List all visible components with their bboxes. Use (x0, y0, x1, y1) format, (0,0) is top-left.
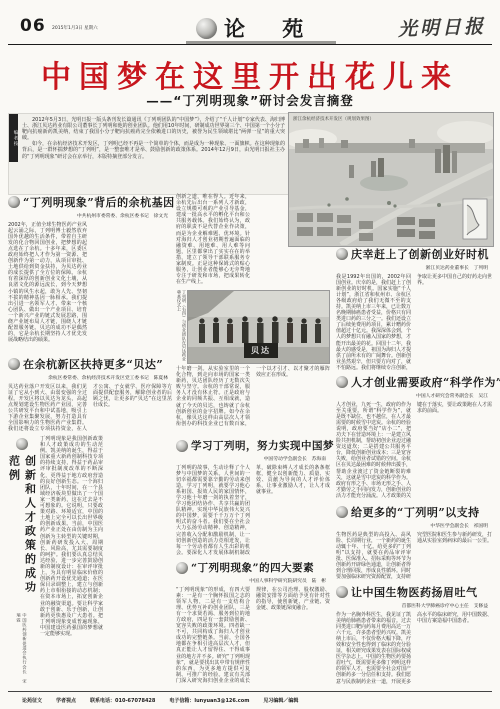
editor-note-paragraph: 如今，在余杭经济技术开发区，丁列明已经不再是一个简单的个体，而是成为一种现象、一… (22, 141, 285, 159)
seal-icon (8, 358, 20, 370)
seal-icon (176, 562, 188, 574)
article-body: 生物医药是典型的高投入、高风险、长周期行业，一个新药的诞生动辄十年、十亿。给更多… (336, 532, 492, 586)
article-body: 十年磨一剑。从实验室里的一个化合物，到走向市场的国家一类新药，贝达团队经历了无数… (176, 366, 330, 434)
article-support-more: 给更多的“丁列明”以支持 中华医学会副会长 祁国明 生物医药是典型的高投入、高风… (336, 504, 492, 586)
article-title: 在余杭新区扶持更多“贝达” (23, 356, 163, 372)
article-yuhang-gene: “丁列明现象”背后的余杭基因 中共杭州市委常委、余杭区委书记 徐文光 2002年… (8, 194, 172, 354)
guangming-daily-logo: 光明日报 (398, 11, 487, 41)
header-rule (8, 44, 492, 45)
article-body: 创新之道，唯在得人。近年来，余杭先后出台一系列人才新政，设立规模可观的产业引导基… (176, 194, 330, 286)
page-number: 06 (20, 16, 46, 36)
article-byline: 浙江贝达药业董事长 丁列明 (336, 262, 492, 271)
article-learn-dinglieming: 学习丁列明，努力实现中国梦 中国劳动学会副会长 苏海南 丁列明的故事，生动诠释了… (176, 438, 330, 561)
article-body: “丁列明现象”的形成，有四大要素：一是有一个胸怀报国之志的领军人物，二是有一支结… (176, 587, 330, 689)
company-sign: 贝达 (244, 343, 278, 358)
article-body: 贝达药业落户开发区以来，我们见证了它从小到大、由弱变强的全过程。开发区将以贝达为… (8, 384, 172, 436)
article-biopharma-pride: 让中国生物医药扬眉吐气 首都医科大学肺癌诊疗中心主任 支修益 作为一名胸外科医生… (336, 584, 492, 690)
sub-headline: ——“丁列明现象”研讨会发言摘登 (0, 91, 500, 109)
article-more-beida: 在余杭新区扶持更多“贝达” 余杭区委常委、余杭经济技术开发区党工委书记 陈夏林 … (8, 356, 172, 436)
article-byline: 中国人事科学研究院研究员 陆 彬 (176, 575, 330, 584)
article-innovation-policy: 创新和人才政策的成功范例 中国医药创新促进会执行会长 宋瑞霖 丁列明现象是我国创… (8, 436, 172, 686)
group-photo: 贝达 (187, 290, 330, 364)
article-body: 作为一名胸外科医生，我见证了凯美纳给肺癌患者带来的福音。过去同类进口靶向药每月费… (336, 612, 492, 690)
article-four-elements: “丁列明现象”的四大要素 中国人事科学研究院研究员 陆 彬 “丁列明现象”的形成… (176, 560, 330, 689)
footer-item: 见习编辑／编辑 (263, 697, 298, 704)
footer-item: 学者视点 (56, 697, 76, 704)
newspaper-page: 06 2015年1月3日 星期六 论 苑 光明日报 中国梦在这里开出花儿来 ——… (0, 0, 500, 709)
article-byline: 中国劳动学会副会长 苏海南 (176, 453, 330, 462)
article-title: 给更多的“丁列明”以支持 (351, 504, 480, 520)
article-good-times: 庆幸赶上了创新创业好时机 浙江贝达药业董事长 丁列明 我是1992年出国的，20… (336, 246, 492, 378)
article-title: “丁列明现象”的四大要素 (191, 560, 314, 575)
editor-note: 编者按 2012年5月3日，光明日报一版头条刊发长篇通讯《丁列明团队的“中国梦”… (8, 113, 290, 195)
article-body: 丁列明现象是我国创新政策和人才政策成功的生动范例。凯美纳的诞生，得益于国家重大新… (40, 436, 172, 686)
article-body: 我是1992年出国的，2002年回国创业。庆幸的是，我们赶上了创新创业的好时机。… (336, 274, 492, 378)
article-body: 人才创业，九死一生，政府的作为至关重要。所谓“科学作为”，就是既不缺位、也不越位… (336, 402, 492, 508)
aerial-photo-caption: 浙江余杭经济技术开发区（规划效果图） (293, 116, 374, 122)
seal-icon (336, 586, 348, 598)
seal-icon (16, 438, 28, 450)
article-byline: 余杭区委常委、余杭经济技术开发区党工委书记 陈夏林 (8, 372, 172, 381)
editor-note-paragraph: 2012年5月3日，光明日报一版头条刊发长篇通讯《丁列明团队的“中国梦”》，介绍… (22, 117, 285, 141)
footer-rule (8, 691, 492, 692)
article-title: 庆幸赶上了创新创业好时机 (351, 246, 489, 262)
footer-item: 论苑征文 (22, 697, 42, 704)
seal-icon (8, 196, 20, 208)
article-title: 人才创业需要政府“科学作为” (351, 374, 500, 390)
article-byline: 中国人才研究会常务副会长 吴江 (336, 390, 492, 399)
footer: 论苑征文 学者视点 联系电话：010-67078428 电子信箱：lunyuan… (22, 697, 478, 704)
issue-date: 2015年1月3日 星期六 (52, 25, 98, 31)
section-logo-icon (196, 18, 217, 39)
article-title: 学习丁列明，努力实现中国梦 (191, 438, 334, 453)
article-body: 2002年，正值全球生物医药产业风起云涌之际，丁列明博士毅然放弃国外优越的生活条… (8, 222, 172, 354)
seal-icon (336, 506, 348, 518)
group-photo-block: 丁列明（右四）与创业团队在贝达药业奠基仪式上 (176, 290, 330, 362)
article-byline: 中华医学会副会长 祁国明 (336, 520, 492, 529)
main-headline: 中国梦在这里开出花儿来 (0, 52, 500, 96)
article-yuhang-gene-continued: 创新之道，唯在得人。近年来，余杭先后出台一系列人才新政，设立规模可观的产业引导基… (176, 194, 330, 286)
article-title-vertical: 创新和人才政策的成功范例 (6, 455, 38, 608)
section-header: 论 苑 (196, 13, 318, 43)
article-title: “丁列明现象”背后的余杭基因 (23, 194, 175, 210)
article-body: 丁列明的故事，生动诠释了个人梦与中国梦的关系。人世间的一切幸福都需要靠辛勤的劳动… (176, 465, 330, 561)
article-byline: 中共杭州市委常委、余杭区委书记 徐文光 (8, 210, 172, 219)
article-title: 让中国生物医药扬眉吐气 (351, 584, 478, 600)
article-byline-vertical: 中国医药创新促进会执行会长 宋瑞霖 (16, 613, 28, 686)
article-scientific-governance: 人才创业需要政府“科学作为” 中国人才研究会常务副会长 吴江 人才创业，九死一生… (336, 374, 492, 508)
footer-item: 电子信箱：lunyuan3@126.com (169, 697, 249, 704)
group-photo-caption: 丁列明（右四）与创业团队在贝达药业奠基仪式上 (176, 290, 187, 362)
section-title: 论 苑 (224, 13, 318, 43)
seal-icon (176, 440, 188, 452)
article-yuhang-gene-continued-2: 十年磨一剑。从实验室里的一个化合物，到走向市场的国家一类新药，贝达团队经历了无数… (176, 366, 330, 434)
editor-note-tag: 编者按 (9, 114, 18, 162)
footer-item: 联系电话：010-67078428 (90, 697, 155, 704)
seal-icon (336, 248, 348, 260)
seal-icon (336, 376, 348, 388)
article-byline: 首都医科大学肺癌诊疗中心主任 支修益 (336, 600, 492, 609)
